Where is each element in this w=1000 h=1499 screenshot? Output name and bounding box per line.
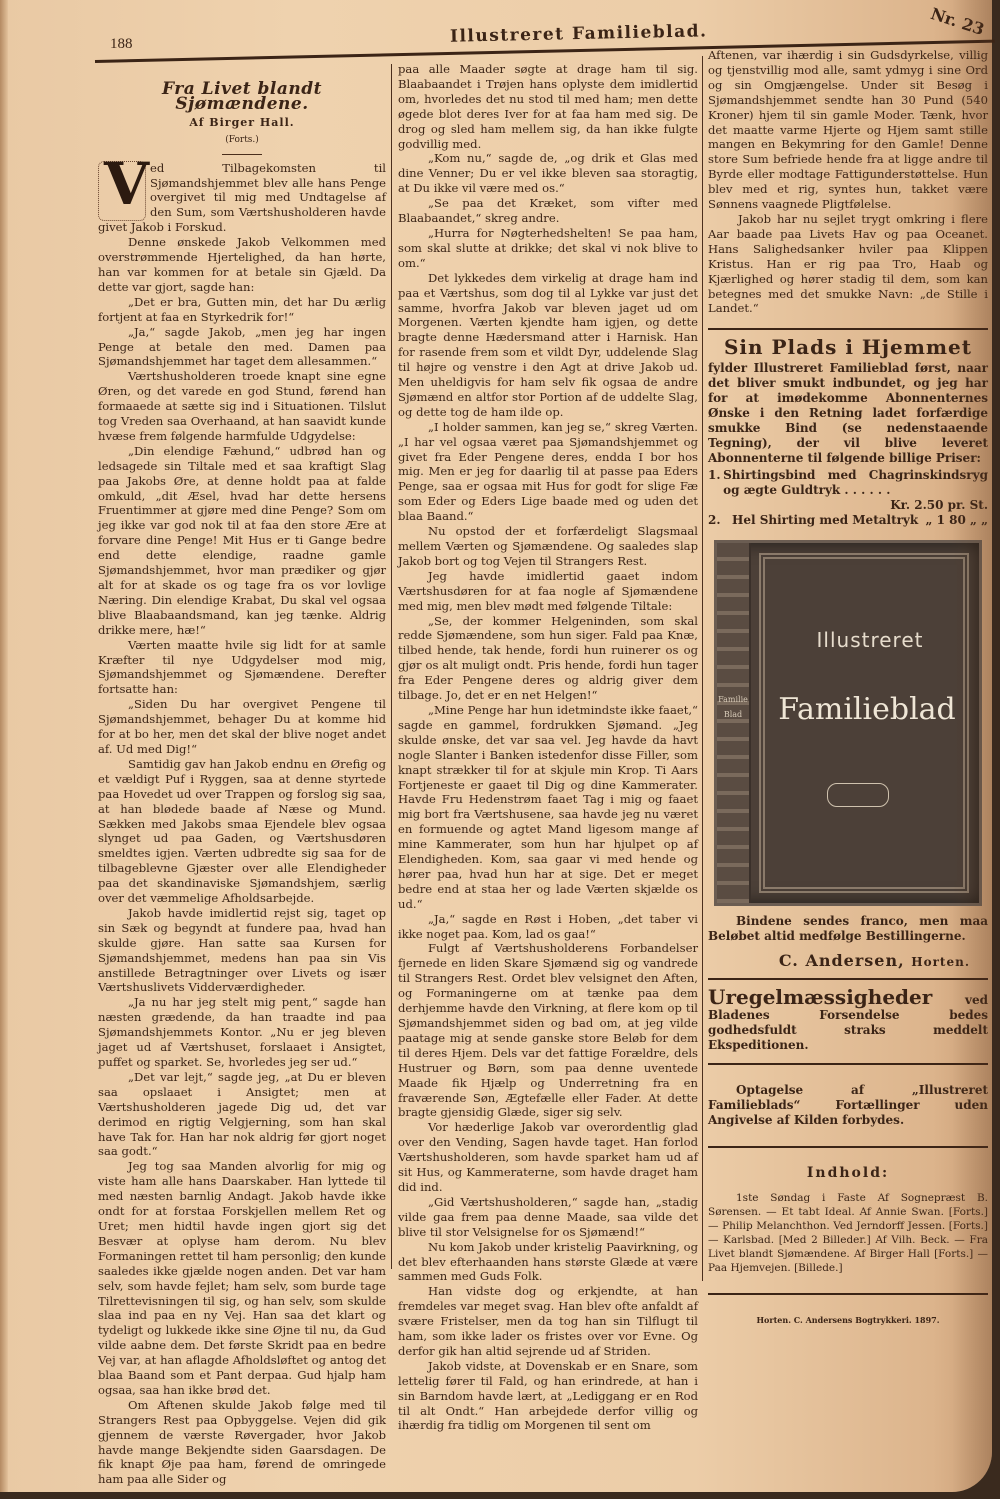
paragraph: „Kom nu,“ sagde de, „og drik et Glas med… xyxy=(398,151,698,196)
paragraph: Han vidste dog og erkjendte, at han frem… xyxy=(398,1284,698,1359)
sidebar-column: Aftenen, var ihærdig i sin Gudsdyrkelse,… xyxy=(708,48,988,1328)
paragraph: „Ja nu har jeg stelt mig pent,“ sagde ha… xyxy=(98,995,386,1070)
section-rule xyxy=(708,1063,988,1065)
price-item-label: Shirtingsbind med Chagrinskindsryg og æg… xyxy=(723,468,988,498)
signature-name: C. Andersen, xyxy=(779,951,905,970)
paragraph: Vor hæderlige Jakob var overordentlig gl… xyxy=(398,1120,698,1195)
paragraph: „Siden Du har overgivet Pengene til Sjøm… xyxy=(98,697,386,757)
ad-title: Sin Plads i Hjemmet xyxy=(708,340,988,355)
paragraph: Samtidig gav han Jakob endnu en Ørefig o… xyxy=(98,757,386,906)
section-rule xyxy=(708,328,988,330)
page-number: 188 xyxy=(110,36,133,53)
dropcap-letter: V xyxy=(104,155,149,213)
shipping-note: Bindene sendes franco, men maa Beløbet a… xyxy=(708,914,988,944)
paragraph: „Din elendige Fæhund,“ udbrød han og led… xyxy=(98,444,386,638)
price-item-amount: „ 1 80 „ „ xyxy=(926,513,988,528)
irregularities-title: Uregelmæssigheder xyxy=(708,985,932,1009)
paragraph: „Ja,“ sagde en Røst i Hoben, „det taber … xyxy=(398,912,698,942)
paragraph: Denne ønskede Jakob Velkommen med overst… xyxy=(98,235,386,295)
paragraph: Jeg tog saa Manden alvorlig for mig og v… xyxy=(98,1159,386,1398)
paragraph: Jakob har nu sejlet trygt omkring i fler… xyxy=(708,212,988,316)
price-list: 1. Shirtingsbind med Chagrinskindsryg og… xyxy=(708,468,988,528)
price-item-amount-row: Kr. 2.50 pr. St. xyxy=(708,498,988,513)
paragraph: Det lykkedes dem virkelig at drage ham i… xyxy=(398,271,698,420)
paragraph: Jakob havde imidlertid rejst sig, taget … xyxy=(98,906,386,995)
masthead: Illustreret Familieblad. xyxy=(450,21,708,46)
ornamental-initial: V xyxy=(98,161,144,219)
section-rule xyxy=(708,1146,988,1148)
book-title-line1: Illustreret xyxy=(777,633,963,648)
price-item-label: Hel Shirting med Metaltryk xyxy=(732,513,918,528)
binding-gutter xyxy=(0,0,8,1492)
title-rule xyxy=(222,154,262,155)
contents-list: 1ste Søndag i Faste Af Sognepræst B. Sør… xyxy=(708,1191,988,1275)
paragraph: Jakob vidste, at Dovenskab er en Snare, … xyxy=(398,1359,698,1434)
paragraph: „Se, der kommer Helgeninden, som skal re… xyxy=(398,614,698,703)
book-spine: Familie Blad xyxy=(717,543,751,903)
price-item-number: 2. xyxy=(708,513,732,528)
article-byline: Af Birger Hall. xyxy=(98,116,386,131)
paragraph: Nu kom Jakob under kristelig Paavirkning… xyxy=(398,1240,698,1285)
contents-title: Indhold: xyxy=(708,1166,988,1181)
price-item-amount: Kr. 2.50 pr. St. xyxy=(890,498,988,513)
paragraph: „Ja,“ sagde Jakob, „men jeg har ingen Pe… xyxy=(98,325,386,370)
paragraph: „I holder sammen, kan jeg se,“ skreg Vær… xyxy=(398,420,698,524)
issue-number: Nr. 23 xyxy=(928,4,986,39)
column-divider xyxy=(702,56,703,1281)
ad-body: fylder Illustreret Familieblad først, na… xyxy=(708,361,988,466)
paragraph: paa alle Maader søgte at drage ham til s… xyxy=(398,62,698,151)
paragraph: Jeg havde imidlertid gaaet indom Værtshu… xyxy=(398,569,698,614)
paragraph: „Hurra for Nøgterhedshelten! Se paa ham,… xyxy=(398,226,698,271)
paragraph: Om Aftenen skulde Jakob følge med til St… xyxy=(98,1398,386,1487)
binding-advertisement: Sin Plads i Hjemmet fylder Illustreret F… xyxy=(708,340,988,969)
article-column-2: paa alle Maader søgte at drage ham til s… xyxy=(398,62,698,1433)
paragraph: „Det er bra, Gutten min, det har Du ærli… xyxy=(98,295,386,325)
section-rule xyxy=(708,1293,988,1295)
paragraph: Værtshusholderen troede knapt sine egne … xyxy=(98,369,386,444)
book-title-line2: Familieblad xyxy=(765,703,969,718)
paragraph: Aftenen, var ihærdig i sin Gudsdyrkelse,… xyxy=(708,48,988,212)
paragraph: Nu opstod der et forfærdeligt Slagsmaal … xyxy=(398,524,698,569)
newspaper-page: 188 Illustreret Familieblad. Nr. 23 Fra … xyxy=(0,0,992,1492)
book-cartouche-icon xyxy=(827,783,889,807)
paragraph: „Mine Penge har hun idetmindste ikke faa… xyxy=(398,703,698,912)
price-item: 2. Hel Shirting med Metaltryk „ 1 80 „ „ xyxy=(708,513,988,528)
paragraph: „Se paa det Kræket, som vifter med Blaab… xyxy=(398,196,698,226)
signature-place: Horten. xyxy=(911,955,970,969)
reprint-notice: Optagelse af „Illustreret Familieblads“ … xyxy=(708,1083,988,1128)
column-divider xyxy=(391,64,392,1269)
book-spine-title: Familie Blad xyxy=(718,693,748,723)
printer-imprint: Horten. C. Andersens Bogtrykkeri. 1897. xyxy=(708,1313,988,1328)
paragraph: Fulgt af Værtshusholderens Forbandelser … xyxy=(398,941,698,1120)
article-title: Fra Livet blandt Sjømændene. xyxy=(98,82,386,112)
advertiser-signature: C. Andersen, Horten. xyxy=(708,954,970,970)
article-column-1: Fra Livet blandt Sjømændene. Af Birger H… xyxy=(98,78,386,1487)
paragraph: „Gid Værtshusholderen,“ sagde han, „stad… xyxy=(398,1195,698,1240)
price-item-number: 1. xyxy=(708,468,723,498)
irregularities-notice: Uregelmæssigheder ved Bladenes Forsendel… xyxy=(708,990,988,1053)
book-cover-illustration: Familie Blad Illustreret Familieblad xyxy=(714,540,982,906)
continued-label: (Forts.) xyxy=(98,133,386,148)
price-item: 1. Shirtingsbind med Chagrinskindsryg og… xyxy=(708,468,988,498)
paragraph: „Det var lejt,“ sagde jeg, „at Du er ble… xyxy=(98,1070,386,1159)
section-rule xyxy=(708,978,988,980)
paragraph: Værten maatte hvile sig lidt for at saml… xyxy=(98,638,386,698)
